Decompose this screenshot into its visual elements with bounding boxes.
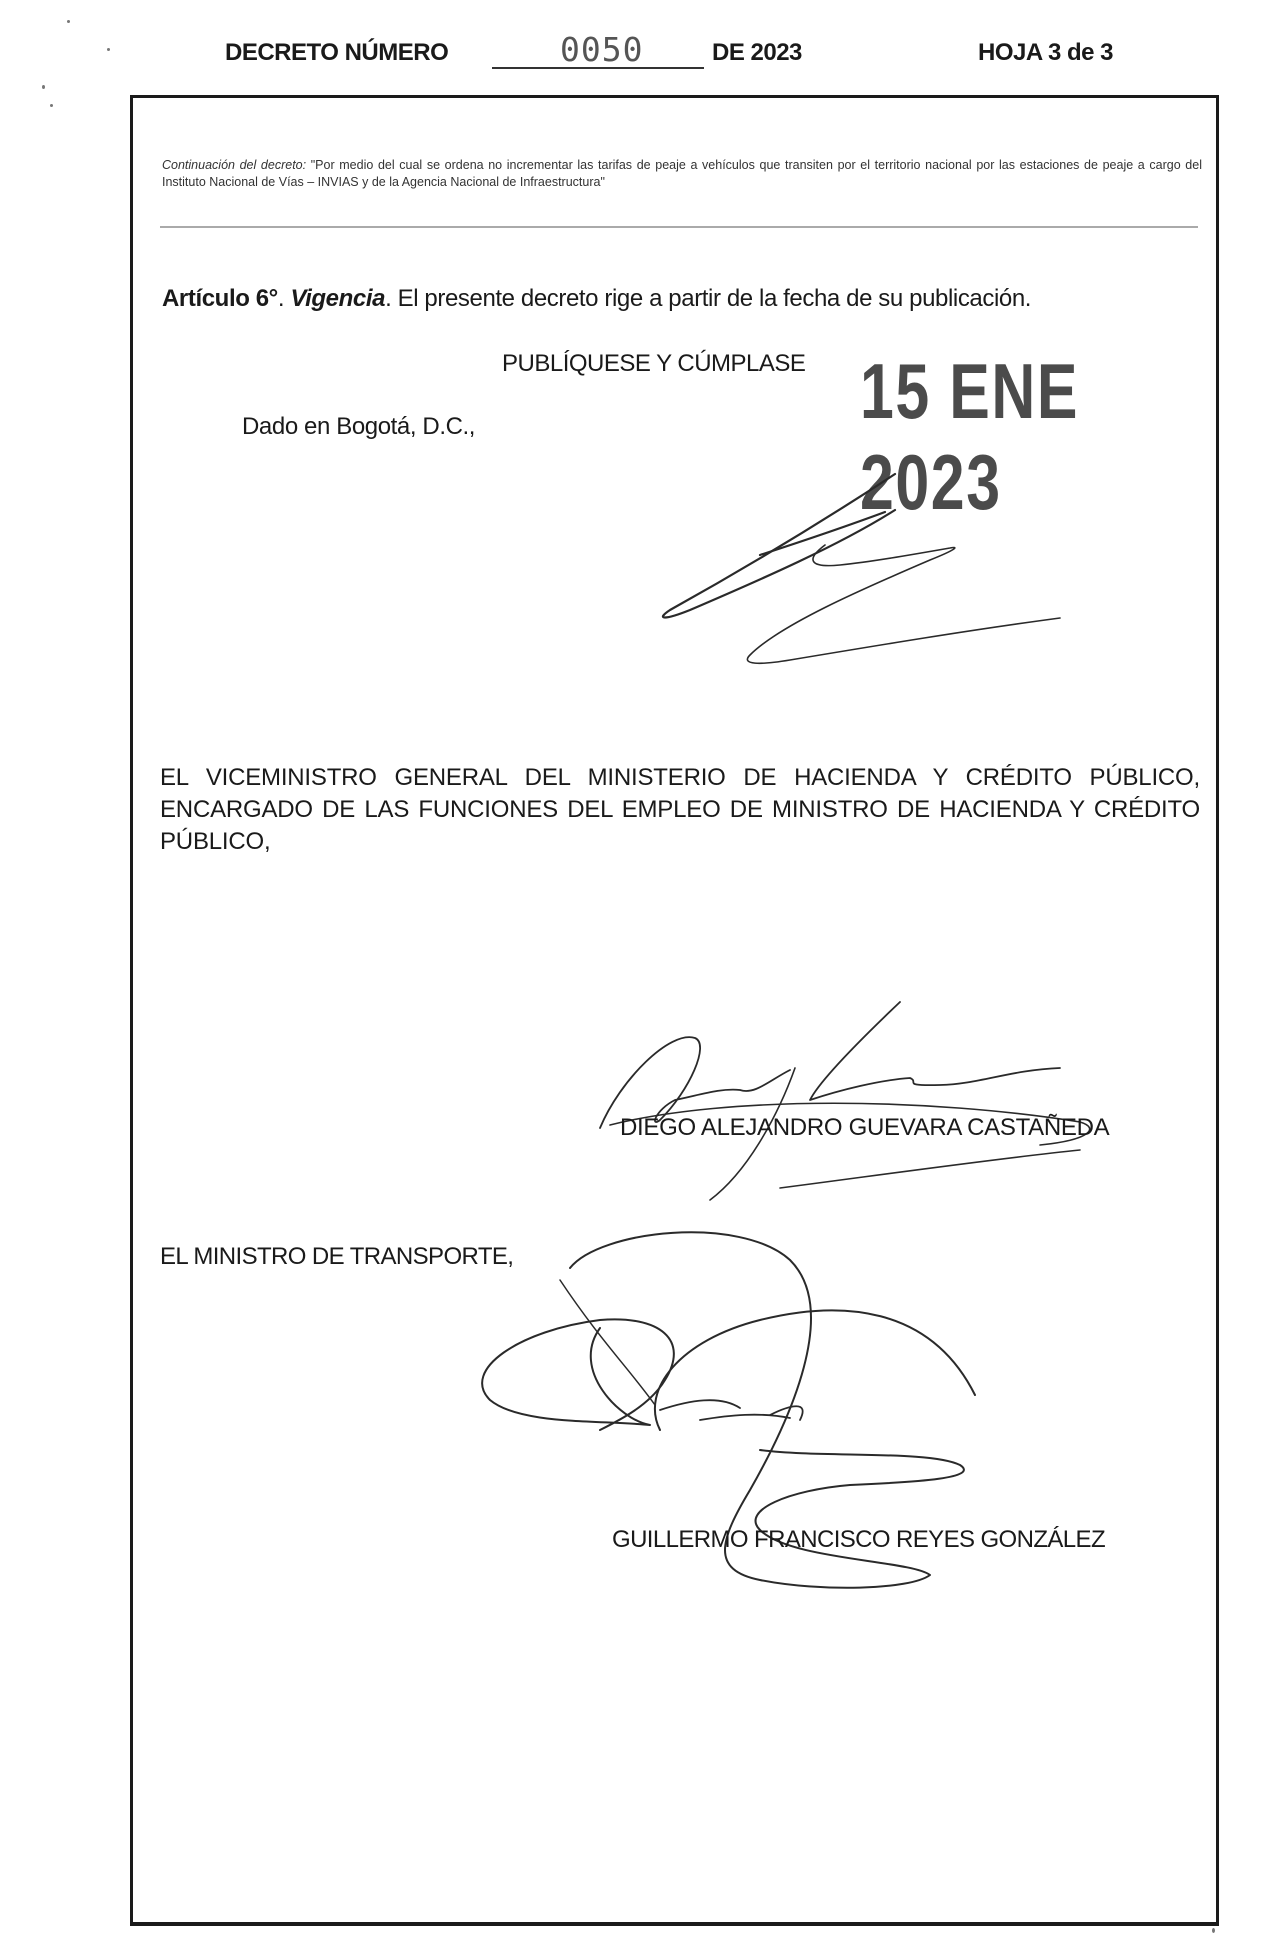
decree-year: DE 2023: [712, 39, 802, 67]
document-header: DECRETO NÚMERO 0050 DE 2023 HOJA 3 de 3: [0, 30, 1280, 70]
date-stamp: 15 ENE 2023: [860, 346, 1188, 528]
divider: [160, 226, 1198, 228]
decree-number: 0050: [560, 30, 643, 69]
article-name: Vigencia: [290, 285, 385, 312]
scan-speck: [67, 20, 70, 23]
continuation-note: Continuación del decreto: "Por medio del…: [162, 157, 1202, 191]
signatory-2-title: EL MINISTRO DE TRANSPORTE,: [160, 1243, 513, 1271]
article-number: Artículo 6°: [162, 285, 278, 312]
page-indicator: HOJA 3 de 3: [978, 39, 1113, 67]
signatory-2-name: GUILLERMO FRANCISCO REYES GONZÁLEZ: [612, 1526, 1105, 1554]
scan-speck: [42, 85, 45, 89]
publiquese-cumplase: PUBLÍQUESE Y CÚMPLASE: [502, 350, 805, 378]
scan-speck: [1212, 1928, 1215, 1933]
continuation-text: "Por medio del cual se ordena no increme…: [162, 158, 1202, 189]
scan-speck: [50, 104, 53, 107]
signatory-1-title: EL VICEMINISTRO GENERAL DEL MINISTERIO D…: [160, 762, 1200, 858]
decree-title: DECRETO NÚMERO: [225, 39, 448, 67]
article-text: El presente decreto rige a partir de la …: [398, 285, 1031, 312]
place-of-issue: Dado en Bogotá, D.C.,: [242, 413, 475, 441]
signatory-1-name: DIEGO ALEJANDRO GUEVARA CASTAÑEDA: [620, 1114, 1109, 1142]
article-6: Artículo 6°. Vigencia. El presente decre…: [162, 285, 1212, 313]
continuation-lead: Continuación del decreto:: [162, 158, 306, 172]
